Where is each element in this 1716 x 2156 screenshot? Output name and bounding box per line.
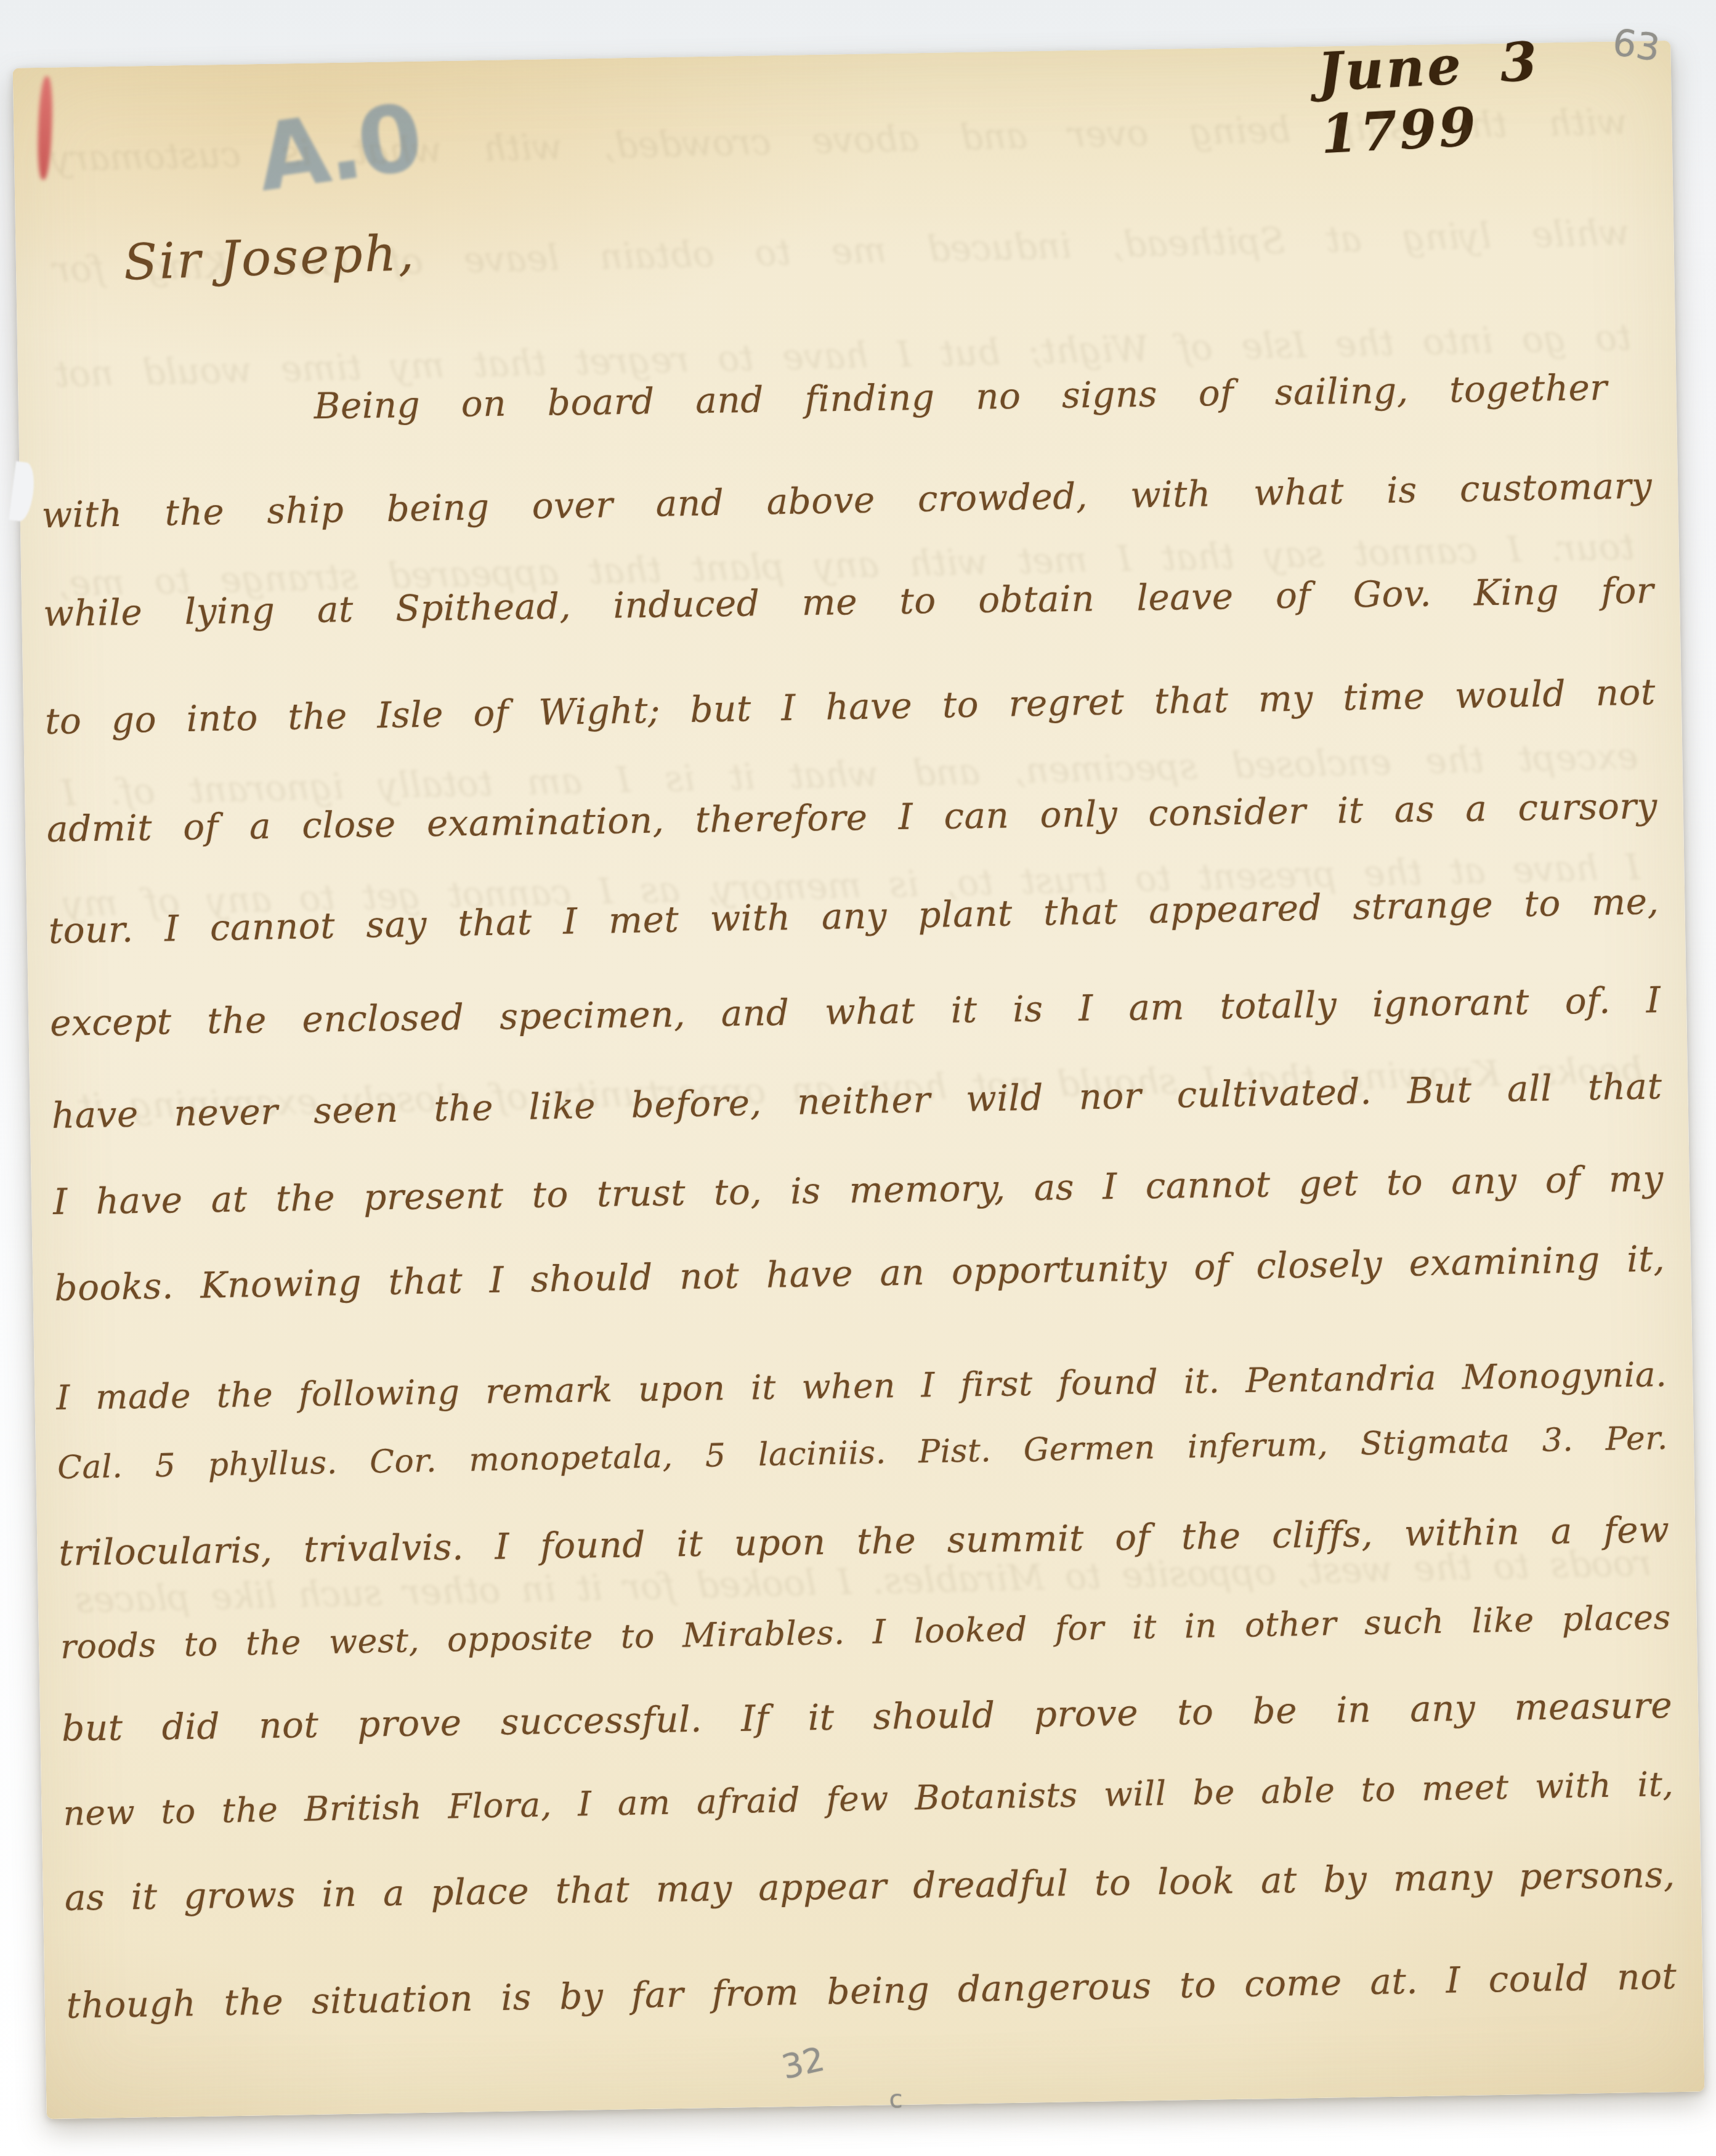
- letter-line: while lying at Spithead, induced me to o…: [43, 572, 1654, 631]
- paper-notch: [9, 461, 37, 522]
- letter-line: Cal. 5 phyllus. Cor. monopetala, 5 lacin…: [57, 1422, 1669, 1484]
- blue-crayon-mark: A.0: [251, 84, 426, 213]
- letter-line: trilocularis, trivalvis. I found it upon…: [59, 1512, 1670, 1571]
- letter-line: to go into the Isle of Wight; but I have…: [45, 674, 1656, 739]
- bottom-pencil-letter: c: [889, 2085, 903, 2113]
- letter-line: I have at the present to trust to, is me…: [53, 1161, 1664, 1220]
- letter-line: new to the British Flora, I am afraid fe…: [63, 1767, 1674, 1831]
- letter-line: books. Knowing that I should not have an…: [54, 1241, 1665, 1306]
- bottom-pencil-number: 32: [778, 2040, 828, 2087]
- letter-line: have never seen the like before, neither…: [51, 1068, 1662, 1133]
- folio-number-pencil: 63: [1610, 21, 1662, 70]
- letter-line: as it grows in a place that may appear d…: [64, 1857, 1675, 1916]
- letter-line: admit of a close examination, therefore …: [47, 788, 1658, 847]
- letter-page: A.0 June 3 1799 63 Sir Joseph, with the …: [13, 41, 1705, 2119]
- letter-line: with the ship being over and above crowd…: [41, 468, 1653, 533]
- letter-line: except the enclosed specimen, and what i…: [50, 982, 1661, 1041]
- letter-line: but did not prove successful. If it shou…: [62, 1687, 1673, 1746]
- salutation: Sir Joseph,: [123, 224, 416, 291]
- letter-line: Being on board and finding no signs of s…: [314, 370, 1608, 424]
- letter-line: tour. I cannot say that I met with any p…: [48, 883, 1659, 949]
- letter-line: roods to the west, opposite to Mirables.…: [60, 1601, 1672, 1664]
- letter-line: though the situation is by far from bein…: [66, 1958, 1677, 2024]
- red-edge-mark: [36, 76, 54, 180]
- scan-background: A.0 June 3 1799 63 Sir Joseph, with the …: [0, 0, 1716, 2156]
- letter-line: I made the following remark upon it when…: [56, 1358, 1667, 1415]
